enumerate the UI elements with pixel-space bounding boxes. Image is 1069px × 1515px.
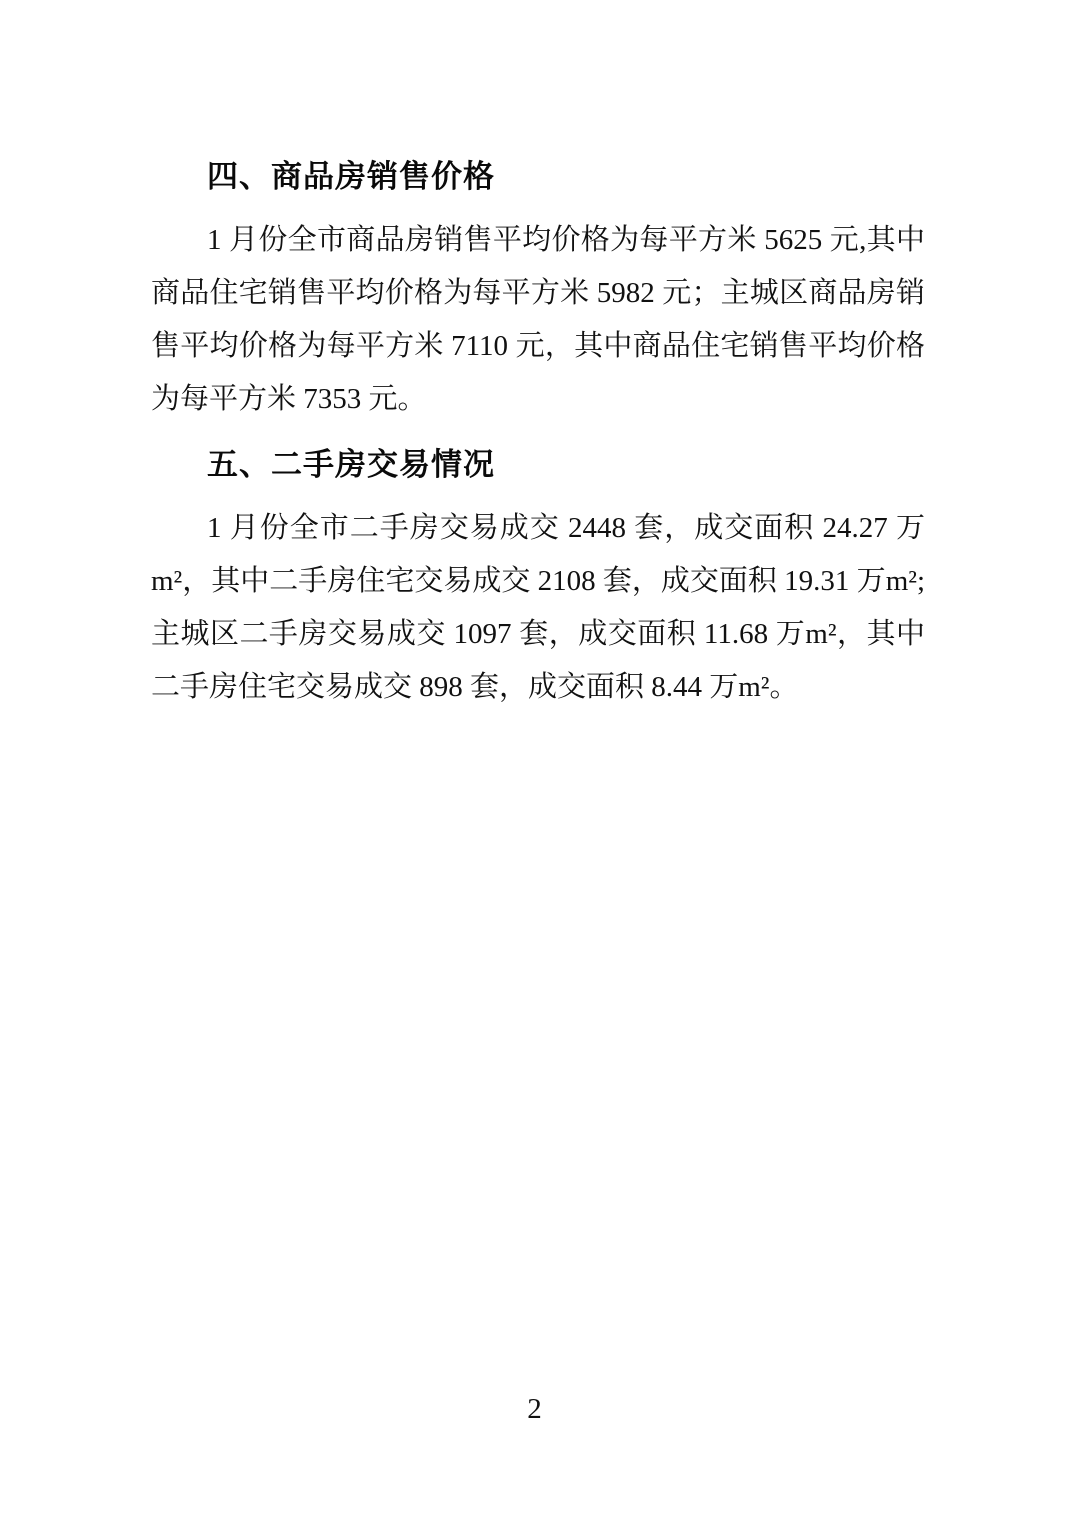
document-body: 四、商品房销售价格 1 月份全市商品房销售平均价格为每平方米 5625 元,其中… <box>151 160 925 714</box>
paragraph-line: 主城区二手房交易成交 1097 套，成交面积 11.68 万m²，其中 <box>151 608 925 661</box>
paragraph-line: 1 月份全市商品房销售平均价格为每平方米 5625 元,其中 <box>151 214 925 267</box>
section-paragraph: 1 月份全市商品房销售平均价格为每平方米 5625 元,其中商品住宅销售平均价格… <box>151 214 925 426</box>
paragraph-line: 二手房住宅交易成交 898 套，成交面积 8.44 万m²。 <box>151 661 925 714</box>
paragraph-line: m²，其中二手房住宅交易成交 2108 套，成交面积 19.31 万m²; <box>151 555 925 608</box>
paragraph-line: 为每平方米 7353 元。 <box>151 373 925 426</box>
section-heading: 五、二手房交易情况 <box>151 448 925 481</box>
section-heading: 四、商品房销售价格 <box>151 160 925 193</box>
paragraph-line: 1 月份全市二手房交易成交 2448 套，成交面积 24.27 万 <box>151 502 925 555</box>
paragraph-line: 售平均价格为每平方米 7110 元，其中商品住宅销售平均价格 <box>151 320 925 373</box>
paragraph-line: 商品住宅销售平均价格为每平方米 5982 元；主城区商品房销 <box>151 267 925 320</box>
section-paragraph: 1 月份全市二手房交易成交 2448 套，成交面积 24.27 万m²，其中二手… <box>151 502 925 714</box>
page-number: 2 <box>0 1392 1069 1426</box>
section-secondhand-housing-transactions: 五、二手房交易情况 1 月份全市二手房交易成交 2448 套，成交面积 24.2… <box>151 448 925 714</box>
section-commodity-housing-sales-price: 四、商品房销售价格 1 月份全市商品房销售平均价格为每平方米 5625 元,其中… <box>151 160 925 426</box>
